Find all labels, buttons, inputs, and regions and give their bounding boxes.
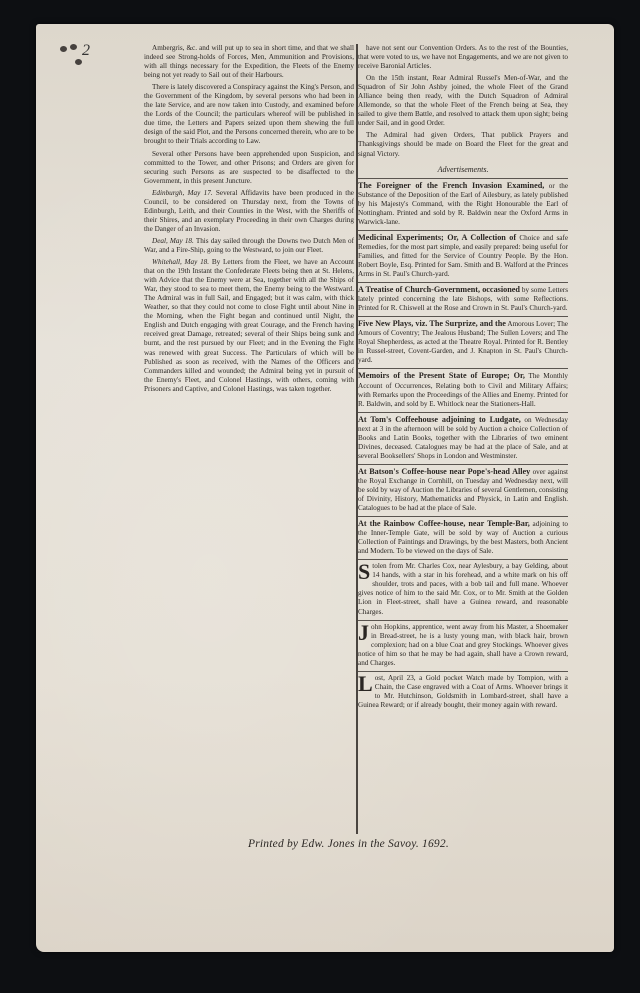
article-paragraph: On the 15th instant, Rear Admiral Russel… <box>358 74 568 128</box>
dispatch: Whitehall, May 18. By Letters from the F… <box>144 258 354 394</box>
newspaper-page: 2 Ambergris, &c. and will put up to sea … <box>36 24 614 952</box>
ad-title: A Treatise of Church-Government, occasio… <box>358 285 520 294</box>
article-paragraph: The Admiral had given Orders, That publi… <box>358 131 568 158</box>
notice: Stolen from Mr. Charles Cox, near Aylesb… <box>358 559 568 616</box>
advertisement: The Foreigner of the French Invasion Exa… <box>358 178 568 227</box>
right-column: have not sent our Convention Orders. As … <box>358 44 568 834</box>
drop-cap: L <box>358 675 373 693</box>
notice-text: tolen from Mr. Charles Cox, near Aylesbu… <box>358 562 568 615</box>
ad-title: Five New Plays, viz. The Surprize, and t… <box>358 319 506 328</box>
advertisement: A Treatise of Church-Government, occasio… <box>358 282 568 313</box>
dispatch-dateline: Edinburgh, May 17. <box>152 189 213 197</box>
printer-imprint: Printed by Edw. Jones in the Savoy. 1692… <box>248 838 449 850</box>
ad-title: At Batson's Coffee-house near Pope's-hea… <box>358 467 530 476</box>
dispatch-dateline: Deal, May 18. <box>152 237 194 245</box>
notice: Lost, April 23, a Gold pocket Watch made… <box>358 671 568 710</box>
notice-text: ohn Hopkins, apprentice, went away from … <box>358 623 568 667</box>
left-column: Ambergris, &c. and will put up to sea in… <box>144 44 354 834</box>
advertisement: At the Rainbow Coffee-house, near Temple… <box>358 516 568 556</box>
advertisement: Medicinal Experiments; Or, A Collection … <box>358 230 568 279</box>
ad-title: At the Rainbow Coffee-house, near Temple… <box>358 519 530 528</box>
drop-cap: J <box>358 624 369 642</box>
notice-text: ost, April 23, a Gold pocket Watch made … <box>358 674 568 709</box>
page-number-mark: 2 <box>82 42 90 60</box>
ad-title: The Foreigner of the French Invasion Exa… <box>358 181 544 190</box>
advertisements-heading: Advertisements. <box>358 165 568 174</box>
dispatch-dateline: Whitehall, May 18. <box>152 258 209 266</box>
advertisement: Five New Plays, viz. The Surprize, and t… <box>358 316 568 365</box>
article-paragraph: Ambergris, &c. and will put up to sea in… <box>144 44 354 80</box>
article-paragraph: Several other Persons have been apprehen… <box>144 150 354 186</box>
ad-title: Memoirs of the Present State of Europe; … <box>358 371 525 380</box>
ad-title: At Tom's Coffeehouse adjoining to Ludgat… <box>358 415 521 424</box>
dispatch: Deal, May 18. This day sailed through th… <box>144 237 354 255</box>
ad-title: Medicinal Experiments; Or, A Collection … <box>358 233 516 242</box>
dispatch: Edinburgh, May 17. Several Affidavits ha… <box>144 189 354 234</box>
notice: John Hopkins, apprentice, went away from… <box>358 620 568 668</box>
advertisement: At Tom's Coffeehouse adjoining to Ludgat… <box>358 412 568 461</box>
advertisement: Memoirs of the Present State of Europe; … <box>358 368 568 408</box>
drop-cap: S <box>358 563 370 581</box>
article-paragraph: There is lately discovered a Conspiracy … <box>144 83 354 146</box>
dispatch-text: By Letters from the Fleet, we have an Ac… <box>144 258 354 393</box>
advertisement: At Batson's Coffee-house near Pope's-hea… <box>358 464 568 513</box>
article-paragraph: have not sent our Convention Orders. As … <box>358 44 568 71</box>
